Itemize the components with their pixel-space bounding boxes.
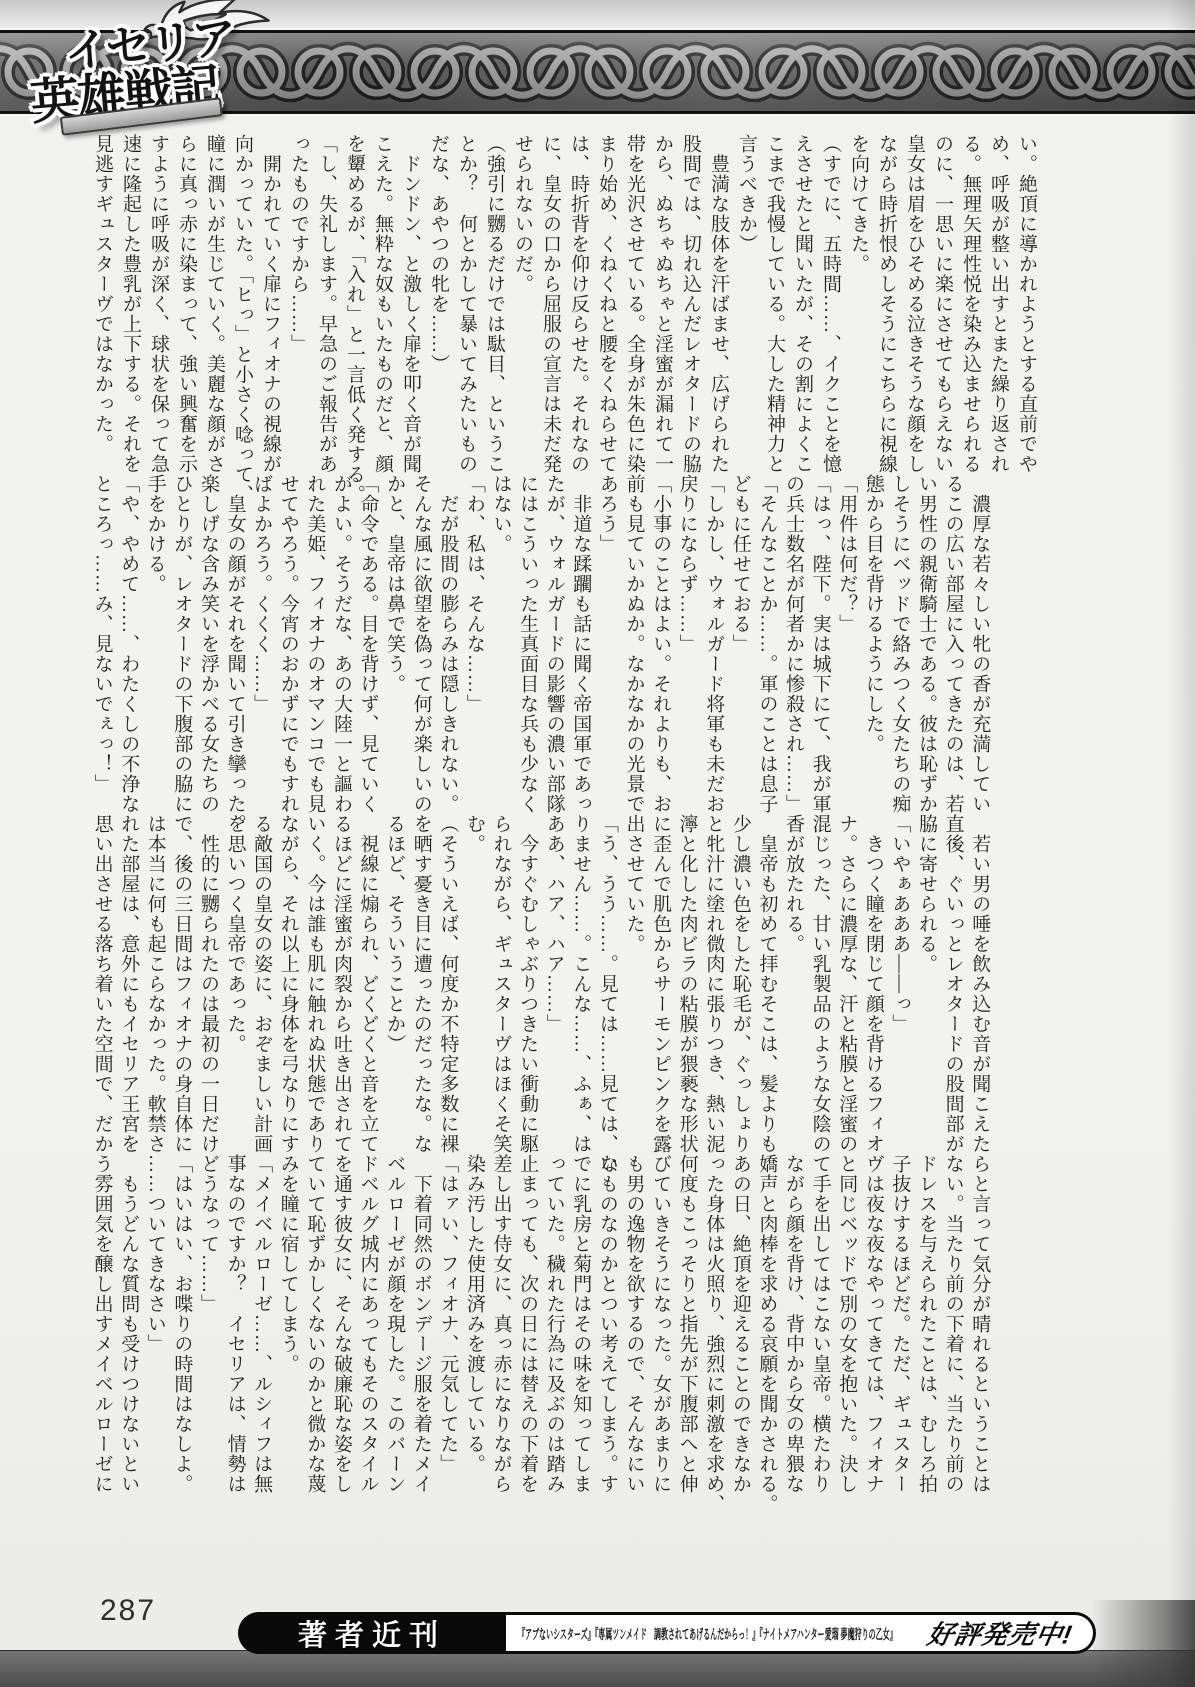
text-line: と同じベッドで別の女を抱いた。決し bbox=[833, 1154, 860, 1494]
text-line: られながら、ギュスターヴはほくそ笑 bbox=[487, 814, 514, 1154]
text-line: 手をかける。 bbox=[141, 474, 168, 814]
text-line: きつく瞳を閉じて顔を背けるフィオ bbox=[859, 814, 886, 1154]
text-line: 瞳に潤いが生じていく。美麗な顔がさ bbox=[200, 134, 228, 474]
text-line: 「はいはい、お喋りの時間はなしよ。 bbox=[168, 1154, 195, 1494]
text-line: 性的に嬲られたのは最初の一日だけ bbox=[194, 814, 221, 1154]
text-line: かと、皇帝は鼻で笑う。 bbox=[381, 474, 408, 814]
text-line: て手を出してはこない皇帝。横たわり bbox=[806, 1154, 833, 1494]
text-line: 「小事のことはよい。それよりも、お bbox=[646, 474, 673, 814]
text-line: 言うべきか） bbox=[732, 134, 760, 474]
text-line: とか？ 何とかして暴いてみたいもの bbox=[452, 134, 480, 474]
text-line: め、呼吸が整い出すとまた繰り返され bbox=[984, 134, 1012, 474]
text-line: 「はっ、陛下。実は城下にて、我が軍 bbox=[806, 474, 833, 814]
text-line: 見逃すギュスターヴではなかった。 bbox=[88, 134, 116, 474]
text-line: 前も見ていかぬか。なかなかの光景で bbox=[620, 474, 647, 814]
text-line: む。 bbox=[460, 814, 487, 1154]
text-line: 香が放たれる。 bbox=[779, 814, 806, 1154]
text-line: だが股間の膨らみは隠しきれない。 bbox=[434, 474, 461, 814]
text-line: どもに任せておる」 bbox=[726, 474, 753, 814]
text-line: から、ぬちゃぬちゃと淫蜜が漏れて一 bbox=[648, 134, 676, 474]
text-line: 皇帝も初めて拝むそこは、髪よりも bbox=[753, 814, 780, 1154]
text-line: 思い出させる落ち着いた空間で、だか bbox=[88, 814, 115, 1154]
text-line: みを瞳に宿してしまう。 bbox=[274, 1154, 301, 1494]
text-line: るこの広い部屋に入ってきたのは、若 bbox=[939, 474, 966, 814]
text-line: 差し出す侍女に、真っ赤になりながら bbox=[487, 1154, 514, 1494]
text-line: で、後の三日間はフィオナの身自体に bbox=[168, 814, 195, 1154]
text-line: 股間では、切れ込んだレオタードの脇 bbox=[676, 134, 704, 474]
text-line: （強引に嬲るだけでは駄目、というこ bbox=[480, 134, 508, 474]
text-line: 少し濃い色をした恥毛が、ぐっしょり bbox=[726, 814, 753, 1154]
text-line: 染み汚した使用済みを渡している。 bbox=[460, 1154, 487, 1494]
text-line: ドンドン、と激しく扉を叩く音が聞 bbox=[396, 134, 424, 474]
text-line: どうなって……」 bbox=[194, 1154, 221, 1494]
text-line: 向かっていた。「ヒっ」と小さく唸って、 bbox=[228, 134, 256, 474]
text-line: 嬌声と肉棒を求める哀願を聞かされる。 bbox=[753, 1154, 780, 1494]
footer-ad-label: 著者近刊 bbox=[238, 1612, 506, 1654]
text-line: 直後、ぐいっとレオタードの股間部が bbox=[939, 814, 966, 1154]
text-line: 濃厚な若々しい牝の香が充満してい bbox=[966, 474, 993, 814]
text-line: 脇に寄せられる。 bbox=[912, 814, 939, 1154]
text-line: い男性の親衛騎士である。彼は恥ずか bbox=[912, 474, 939, 814]
footer-ad-titles: 『アブないシスターズ』『専属ツンメイド 調教されてあげるんだからっ！』『ナイトメ… bbox=[518, 1623, 897, 1643]
novel-page: イセリア 英雄戦記 い。絶頂に導かれようとする直前でやめ、呼吸が整い出すとまた繰… bbox=[0, 0, 1195, 1687]
text-line: 皇女は眉をひそめる泣きそうな顔をし bbox=[900, 134, 928, 474]
text-line: ない。当たり前の下着に、当たり前の bbox=[939, 1154, 966, 1494]
text-line: と牝汁に塗れ微肉に張りつき、熱い泥 bbox=[700, 814, 727, 1154]
text-line: 開かれていく扉にフィオナの視線が bbox=[256, 134, 284, 474]
text-line: の兵士数名が何者かに惨殺され……」 bbox=[779, 474, 806, 814]
text-line: 楽しげな含み笑いを浮かべる女たちの bbox=[194, 474, 221, 814]
text-line: ……ついてきなさい」 bbox=[141, 1154, 168, 1494]
text-band-4: らと言って気分が晴れるということはない。当たり前の下着に、当たり前のドレスを与え… bbox=[88, 1154, 1041, 1494]
text-line: ていて恥ずかしくないのかと微かな蔑 bbox=[301, 1154, 328, 1494]
text-line: 「いやぁあああ——っ」 bbox=[886, 814, 913, 1154]
text-line: すように呼吸が深く、球状を保って急 bbox=[144, 134, 172, 474]
text-line: こえた。無粋な奴もいたものだと、顔 bbox=[368, 134, 396, 474]
text-line: （すでに、五時間……、イクことを憶 bbox=[816, 134, 844, 474]
text-line: に歪んで肌色からサーモンピンクを露 bbox=[646, 814, 673, 1154]
text-line: を晒す憂き目に遭ったのだったな。な bbox=[407, 814, 434, 1154]
text-line: 非道な蹂躙も話に聞く帝国軍であっ bbox=[567, 474, 594, 814]
text-line: る敵国の皇女の姿に、おぞましい計画 bbox=[248, 814, 275, 1154]
text-line: 豊満な肢体を汗ばませ、広げられた bbox=[704, 134, 732, 474]
text-line: 「そんなことか……。軍のことは息子 bbox=[753, 474, 780, 814]
text-line: こまで我慢している。大した精神力と bbox=[760, 134, 788, 474]
text-line: 濘と化した肉ビラの粘膜が猥褻な形状 bbox=[673, 814, 700, 1154]
text-line: せてやろう。今宵のおかずにでもすれ bbox=[274, 474, 301, 814]
text-line: 「しかし、ウォルガード将軍も未だお bbox=[700, 474, 727, 814]
text-line: ドレスを与えられたことは、むしろ拍 bbox=[912, 1154, 939, 1494]
text-line: 速に隆起した豊乳が上下する。それを bbox=[116, 134, 144, 474]
text-line: を顰めるが、「入れ」と一言低く発する。 bbox=[340, 134, 368, 474]
text-line: そんな風に欲望を偽って何が楽しいの bbox=[407, 474, 434, 814]
text-line: 「や、やめて……、わたくしの不浄な bbox=[115, 474, 142, 814]
text-line: 皇女の顔がそれを聞いて引き攣った。 bbox=[221, 474, 248, 814]
text-band-1: い。絶頂に導かれようとする直前でやめ、呼吸が整い出すとまた繰り返される。無理矢理… bbox=[88, 134, 1040, 474]
text-line: る。無理矢理性悦を染み込ませられる bbox=[956, 134, 984, 474]
footer-ad-promo: 好評発売中! bbox=[925, 1615, 1076, 1652]
text-line: は、時折背を仰け反らせた。それなの bbox=[564, 134, 592, 474]
text-line: のに、一思いに楽にさせてもらえない bbox=[928, 134, 956, 474]
text-line: にはこういった生真面目な兵も少なく bbox=[514, 474, 541, 814]
text-line: を思いつく皇帝であった。 bbox=[221, 814, 248, 1154]
text-band-2: 濃厚な若々しい牝の香が充満しているこの広い部屋に入ってきたのは、若い男性の親衛騎… bbox=[88, 474, 1041, 814]
text-line: 「用件は何だ？」 bbox=[833, 474, 860, 814]
footer-ad-body: 『アブないシスターズ』『専属ツンメイド 調教されてあげるんだからっ！』『ナイトメ… bbox=[506, 1612, 1096, 1654]
text-line: ながら時折恨めしそうにこちらに視線 bbox=[872, 134, 900, 474]
text-line: った身体は火照り、強烈に刺激を求め、 bbox=[700, 1154, 727, 1494]
text-line: っていた。穢れた行為に及ぶのは踏み bbox=[540, 1154, 567, 1494]
text-line: も男の逸物を欲するので、そんなにい bbox=[620, 1154, 647, 1494]
text-line: 若い男の唾を飲み込む音が聞こえた bbox=[966, 814, 993, 1154]
text-line: を通す彼女に、そんな破廉恥な姿をし bbox=[327, 1154, 354, 1494]
text-line: ああ、ハア、ハア……」 bbox=[540, 814, 567, 1154]
text-line: 態から目を背けるようにした。 bbox=[859, 474, 886, 814]
page-number: 287 bbox=[100, 1594, 156, 1628]
page-edge-strip bbox=[0, 1650, 1195, 1687]
text-line: ながら、それ以上に身体を弓なりにす bbox=[274, 814, 301, 1154]
text-line: ヴは夜な夜なやってきては、フィオナ bbox=[859, 1154, 886, 1494]
text-line: 「メイベルローゼ……、ルシィフは無 bbox=[248, 1154, 275, 1494]
text-line: らに真っ赤に染まって、強い興奮を示 bbox=[172, 134, 200, 474]
text-line: いものなのかとつい考えてしまう。す bbox=[593, 1154, 620, 1494]
text-line: はない。 bbox=[487, 474, 514, 814]
text-line: 出させていた。 bbox=[620, 814, 647, 1154]
text-line: ところっ……み、見ないでぇっ！」 bbox=[88, 474, 115, 814]
text-line: れた部屋は、意外にもイセリア王宮を bbox=[115, 814, 142, 1154]
text-line: りません……。こんな……、ふぁ、は bbox=[567, 814, 594, 1154]
text-line: 帯を光沢させている。全身が朱色に染 bbox=[620, 134, 648, 474]
text-line: 戻りにならず……」 bbox=[673, 474, 700, 814]
text-line: ばよかろう。くくく……」 bbox=[248, 474, 275, 814]
text-line: せられないのだ。 bbox=[508, 134, 536, 474]
text-line: 「はァい、フィオナ、元気してた」 bbox=[434, 1154, 461, 1494]
text-line: 混じった、甘い乳製品のような女陰の bbox=[806, 814, 833, 1154]
text-line: もうどんな質問も受けつけないとい bbox=[115, 1154, 142, 1494]
text-line: びていきそうになった。女があまりに bbox=[646, 1154, 673, 1494]
text-line: 下着同然のボンデージ服を着たメイ bbox=[407, 1154, 434, 1494]
corner-shade bbox=[1091, 1600, 1195, 1687]
series-logo: イセリア 英雄戦記 bbox=[15, 0, 286, 143]
text-line: でに乳房と菊門はその味を知ってしま bbox=[567, 1154, 594, 1494]
text-line: ナ。さらに濃厚な、汗と粘膜と淫蜜の bbox=[833, 814, 860, 1154]
text-line: ったものですから……」 bbox=[284, 134, 312, 474]
text-line: ながら顔を背け、背中から女の卑猥な bbox=[779, 1154, 806, 1494]
text-line: い。絶頂に導かれようとする直前でや bbox=[1012, 134, 1040, 474]
text-line: まり始め、くねくねと腰をくねらせて bbox=[592, 134, 620, 474]
text-line: あの日、絶頂を迎えることのできなか bbox=[726, 1154, 753, 1494]
text-line: ひとりが、レオタードの下腹部の脇に bbox=[168, 474, 195, 814]
text-line: う雰囲気を醸し出すメイベルローゼに bbox=[88, 1154, 115, 1494]
text-line: えさせたと聞いたが、その割によくこ bbox=[788, 134, 816, 474]
text-line: は本当に何も起こらなかった。軟禁さ bbox=[141, 814, 168, 1154]
text-line: 「し、失礼します。早急のご報告があ bbox=[312, 134, 340, 474]
text-line: 止まっても、次の日には替えの下着を bbox=[514, 1154, 541, 1494]
text-line: （そういえば、何度か不特定多数に裸 bbox=[434, 814, 461, 1154]
text-line: いく。今は誰も肌に触れぬ状態であり bbox=[301, 814, 328, 1154]
text-line: を向けてきた。 bbox=[844, 134, 872, 474]
page-edge-shadow bbox=[1167, 0, 1195, 1687]
text-line: らと言って気分が晴れるということは bbox=[966, 1154, 993, 1494]
text-line: しそうにベッドで絡みつく女たちの痴 bbox=[886, 474, 913, 814]
text-line: 視線に煽られ、どくどくと音を立て bbox=[354, 814, 381, 1154]
text-line: ドベルグ城内にあってもそのスタイル bbox=[354, 1154, 381, 1494]
text-line: ベルローゼが顔を現した。このバーン bbox=[381, 1154, 408, 1494]
text-line: 「命令である。目を背けず、見ていく bbox=[354, 474, 381, 814]
text-line: あろう」 bbox=[593, 474, 620, 814]
footer-ad-bar: 著者近刊 『アブないシスターズ』『専属ツンメイド 調教されてあげるんだからっ！』… bbox=[238, 1612, 1096, 1654]
text-line: 子抜けするほどだ。ただ、ギュスター bbox=[886, 1154, 913, 1494]
text-line: 「わ、私は、そんな……」 bbox=[460, 474, 487, 814]
text-line: だな、あやつの牝を……） bbox=[424, 134, 452, 474]
text-line: 事なのですか？ イセリアは、情勢は bbox=[221, 1154, 248, 1494]
text-band-3: 若い男の唾を飲み込む音が聞こえた直後、ぐいっとレオタードの股間部が脇に寄せられる… bbox=[88, 814, 1041, 1154]
text-line: れた美姫、フィオナのオマンコでも見 bbox=[301, 474, 328, 814]
novel-text-area: い。絶頂に導かれようとする直前でやめ、呼吸が整い出すとまた繰り返される。無理矢理… bbox=[88, 134, 1042, 1494]
text-line: がよい。そうだな、あの大陸一と謳わ bbox=[327, 474, 354, 814]
text-line: に、皇女の口から屈服の宣言は未だ発 bbox=[536, 134, 564, 474]
text-line: 何度もこっそりと指先が下腹部へと伸 bbox=[673, 1154, 700, 1494]
text-line: るほどに淫蜜が肉裂から吐き出されて bbox=[327, 814, 354, 1154]
text-line: たが、ウォルガードの影響の濃い部隊 bbox=[540, 474, 567, 814]
text-line: 「う、うう……。見ては……見ては、な bbox=[593, 814, 620, 1154]
text-line: るほど、そういうことか） bbox=[381, 814, 408, 1154]
text-line: 今すぐむしゃぶりつきたい衝動に駆 bbox=[514, 814, 541, 1154]
